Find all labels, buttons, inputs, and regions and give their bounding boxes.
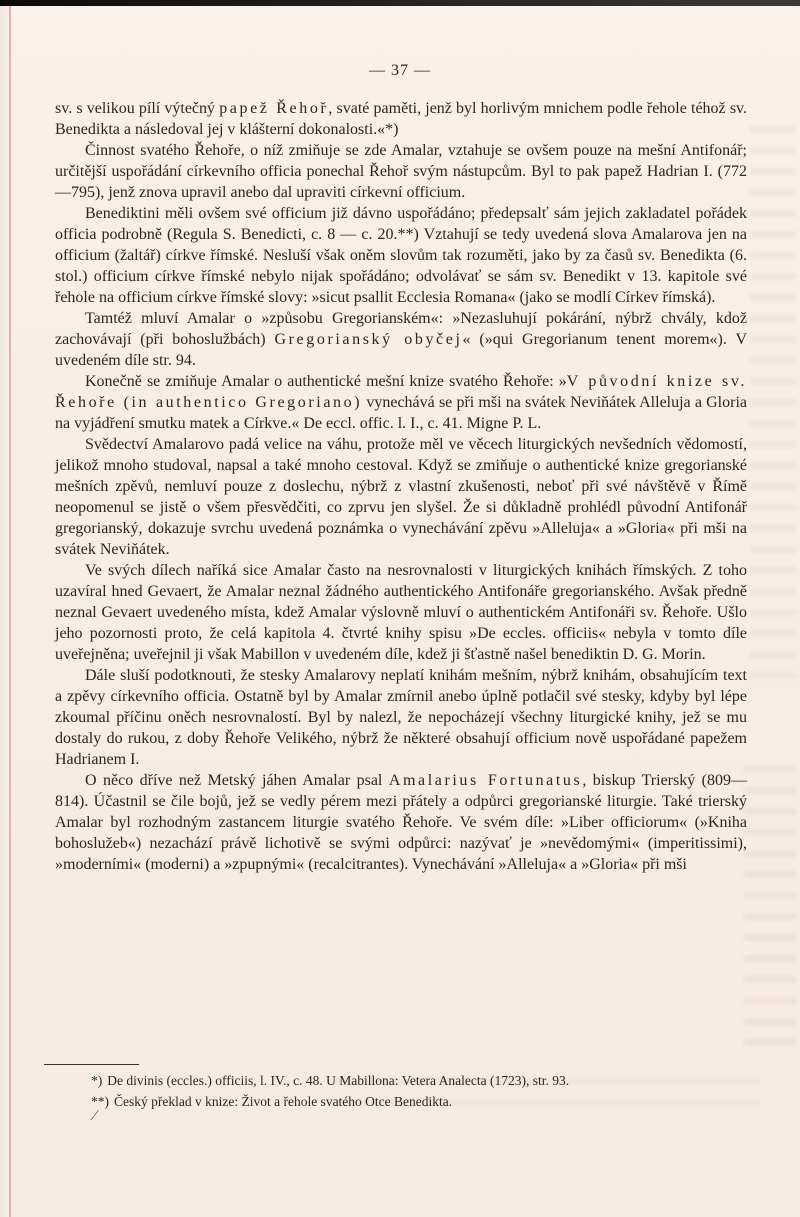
- paragraph: Benediktini měli ovšem své officium již …: [55, 203, 747, 308]
- bleedthrough-artifact: [744, 760, 796, 1060]
- paragraph: Ve svých dílech naříká sice Amalar často…: [55, 560, 747, 665]
- paragraph: sv. s velikou pílí výtečný papež Řehoř, …: [55, 98, 747, 140]
- paragraph: Činnost svatého Řehoře, o níž zmiňuje se…: [55, 140, 747, 203]
- paragraph: Svědectví Amalarovo padá velice na váhu,…: [55, 434, 747, 560]
- page-gutter: [0, 6, 9, 1217]
- footnote-block: *)De divinis (eccles.) officiis, l. IV.,…: [55, 1064, 747, 1112]
- margin-rule-line: [9, 6, 11, 1217]
- paragraph: Dále sluší podotknouti, že stesky Amalar…: [55, 665, 747, 770]
- footnote-marker: *): [91, 1073, 102, 1088]
- page-body: sv. s velikou pílí výtečný papež Řehoř, …: [55, 98, 747, 875]
- footnote-text: Český překlad v knize: Život a řehole sv…: [114, 1094, 452, 1109]
- text-segment: Ve svých dílech naříká sice Amalar často…: [55, 562, 747, 663]
- footnote-list: *)De divinis (eccles.) officiis, l. IV.,…: [55, 1070, 747, 1112]
- paragraph: Konečně se zmiňuje Amalar o authentické …: [55, 371, 747, 434]
- text-segment: Dále sluší podotknouti, že stesky Amalar…: [55, 667, 747, 768]
- book-page: — 37 — sv. s velikou pílí výtečný papež …: [0, 0, 800, 1217]
- text-segment: O něco dříve než Metský jáhen Amalar psa…: [85, 772, 389, 789]
- bleedthrough-artifact: [750, 120, 796, 690]
- page-number: — 37 —: [0, 62, 800, 80]
- text-segment: sv. s velikou pílí výtečný: [55, 100, 219, 117]
- paragraph: Tamtéž mluví Amalar o »způsobu Gregorian…: [55, 308, 747, 371]
- footnote-text: De divinis (eccles.) officiis, l. IV., c…: [107, 1073, 569, 1088]
- footnote-marker: **): [91, 1094, 109, 1109]
- paragraph: O něco dříve než Metský jáhen Amalar psa…: [55, 770, 747, 875]
- text-segment: Konečně se zmiňuje Amalar o authentické …: [85, 373, 567, 390]
- text-segment: Svědectví Amalarovo padá velice na váhu,…: [55, 436, 747, 558]
- scan-edge-top: [0, 0, 800, 6]
- footnote: *)De divinis (eccles.) officiis, l. IV.,…: [55, 1070, 747, 1091]
- footnote: **)Český překlad v knize: Život a řehole…: [55, 1091, 747, 1112]
- text-segment: Benediktini měli ovšem své officium již …: [55, 205, 747, 306]
- footnote-separator: [44, 1064, 139, 1065]
- letterspaced-phrase: papež Řehoř: [219, 100, 328, 117]
- text-segment: Činnost svatého Řehoře, o níž zmiňuje se…: [55, 142, 747, 201]
- letterspaced-phrase: Amalarius Fortunatus: [389, 772, 583, 789]
- letterspaced-phrase: Gregorianský obyčej: [274, 331, 462, 348]
